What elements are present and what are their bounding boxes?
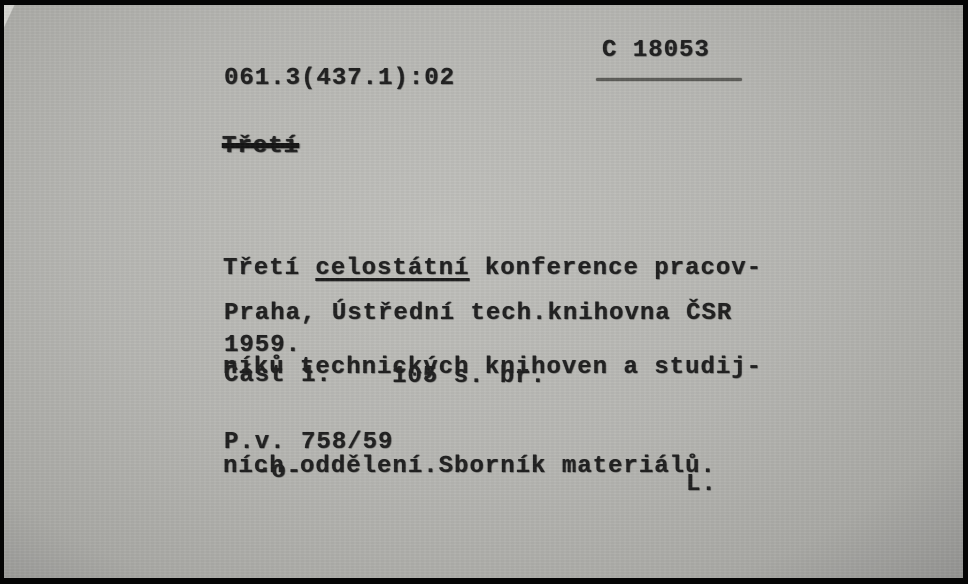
year-line: 1959. — [224, 332, 301, 360]
catalog-card-paper: 061.3(437.1):02 C 18053 Třetí Třetí celo… — [4, 5, 963, 578]
scanned-catalog-card: 061.3(437.1):02 C 18053 Třetí Třetí celo… — [0, 0, 968, 584]
title-line-1: Třetí celostátní konference pracov- — [223, 252, 762, 285]
scan-corner-nick — [4, 5, 18, 31]
title-line-1-pre: Třetí — [223, 255, 315, 282]
accession-underline-mark — [596, 78, 742, 81]
crossed-out-title-word: Třetí — [222, 133, 299, 161]
part-label: Část 1. — [224, 362, 332, 390]
title-underlined-word: celostátní — [315, 255, 469, 282]
cataloguer-initial: L. — [686, 471, 717, 499]
extent-statement: 105 s. br. — [392, 363, 546, 391]
classification-number: 061.3(437.1):02 — [224, 65, 455, 93]
record-number: P.v. 758/59 — [224, 429, 393, 457]
separator-mark: -o- — [256, 458, 302, 486]
publisher-line: Praha, Ústřední tech.knihovna ČSR — [224, 300, 732, 328]
title-line-1-post: konference pracov- — [469, 255, 762, 282]
accession-number: C 18053 — [602, 37, 710, 65]
